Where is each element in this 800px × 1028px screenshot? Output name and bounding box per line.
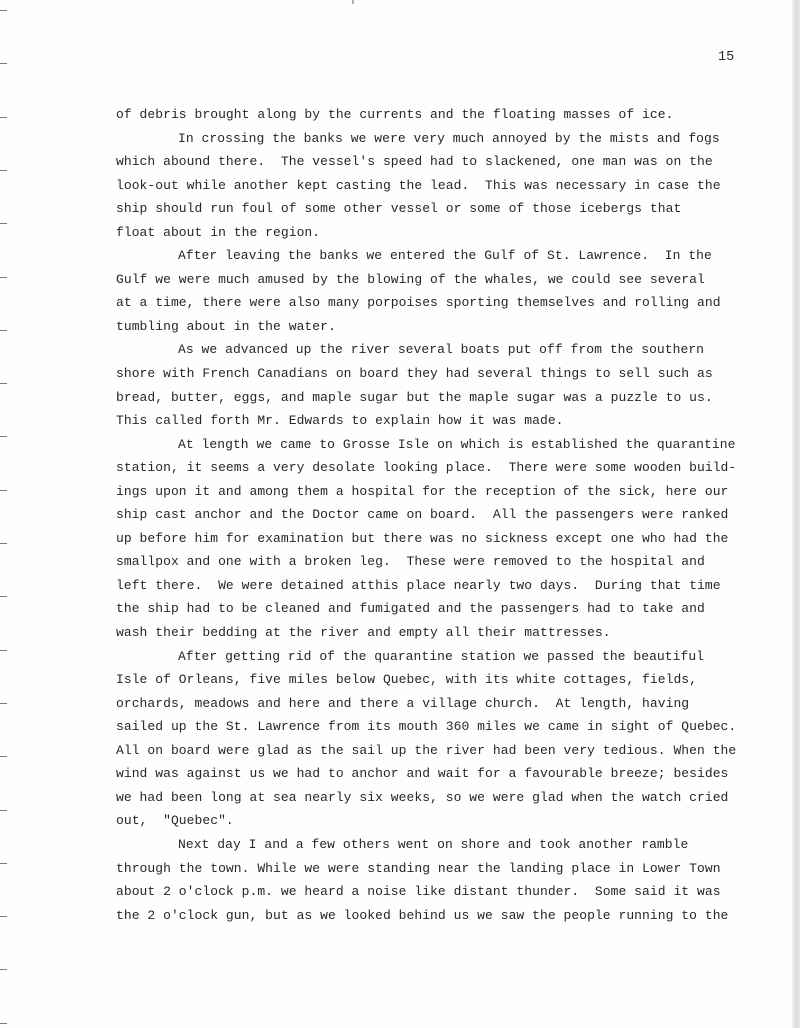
text-line: wind was against us we had to anchor and… — [116, 762, 756, 786]
margin-tick — [0, 916, 7, 917]
text-line: All on board were glad as the sail up th… — [116, 739, 756, 763]
margin-tick — [0, 756, 7, 757]
document-page: 15 of debris brought along by the curren… — [0, 0, 800, 1028]
scan-speck — [352, 0, 354, 4]
margin-tick — [0, 436, 7, 437]
text-line: through the town. While we were standing… — [116, 857, 756, 881]
body-text: of debris brought along by the currents … — [116, 103, 756, 927]
text-line: smallpox and one with a broken leg. Thes… — [116, 550, 756, 574]
margin-tick — [0, 863, 7, 864]
text-line: about 2 o'clock p.m. we heard a noise li… — [116, 880, 756, 904]
text-line: left there. We were detained atthis plac… — [116, 574, 756, 598]
text-line: After leaving the banks we entered the G… — [116, 244, 756, 268]
text-line: In crossing the banks we were very much … — [116, 127, 756, 151]
text-line: up before him for examination but there … — [116, 527, 756, 551]
margin-tick — [0, 10, 7, 11]
margin-tick — [0, 490, 7, 491]
text-line: of debris brought along by the currents … — [116, 103, 756, 127]
text-line: ship cast anchor and the Doctor came on … — [116, 503, 756, 527]
margin-tick — [0, 703, 7, 704]
margin-tick — [0, 277, 7, 278]
text-line: the 2 o'clock gun, but as we looked behi… — [116, 904, 756, 928]
text-line: At length we came to Grosse Isle on whic… — [116, 433, 756, 457]
text-line: Gulf we were much amused by the blowing … — [116, 268, 756, 292]
page-edge-shadow — [792, 0, 800, 1028]
margin-tick — [0, 223, 7, 224]
margin-tick — [0, 596, 7, 597]
text-line: orchards, meadows and here and there a v… — [116, 692, 756, 716]
text-line: After getting rid of the quarantine stat… — [116, 645, 756, 669]
text-line: bread, butter, eggs, and maple sugar but… — [116, 386, 756, 410]
text-line: Next day I and a few others went on shor… — [116, 833, 756, 857]
margin-ticks — [0, 0, 10, 1028]
margin-tick — [0, 170, 7, 171]
text-line: Isle of Orleans, five miles below Quebec… — [116, 668, 756, 692]
text-line: ship should run foul of some other vesse… — [116, 197, 756, 221]
margin-tick — [0, 1023, 7, 1024]
margin-tick — [0, 810, 7, 811]
text-line: As we advanced up the river several boat… — [116, 338, 756, 362]
margin-tick — [0, 543, 7, 544]
margin-tick — [0, 63, 7, 64]
text-line: wash their bedding at the river and empt… — [116, 621, 756, 645]
text-line: at a time, there were also many porpoise… — [116, 291, 756, 315]
margin-tick — [0, 330, 7, 331]
text-line: shore with French Canadians on board the… — [116, 362, 756, 386]
text-line: station, it seems a very desolate lookin… — [116, 456, 756, 480]
text-line: look-out while another kept casting the … — [116, 174, 756, 198]
text-line: we had been long at sea nearly six weeks… — [116, 786, 756, 810]
text-line: float about in the region. — [116, 221, 756, 245]
margin-tick — [0, 117, 7, 118]
text-line: which abound there. The vessel's speed h… — [116, 150, 756, 174]
margin-tick — [0, 969, 7, 970]
margin-tick — [0, 383, 7, 384]
text-line: out, "Quebec". — [116, 809, 756, 833]
page-number: 15 — [718, 50, 734, 65]
text-line: sailed up the St. Lawrence from its mout… — [116, 715, 756, 739]
text-line: the ship had to be cleaned and fumigated… — [116, 597, 756, 621]
text-line: tumbling about in the water. — [116, 315, 756, 339]
margin-tick — [0, 650, 7, 651]
text-line: This called forth Mr. Edwards to explain… — [116, 409, 756, 433]
text-line: ings upon it and among them a hospital f… — [116, 480, 756, 504]
